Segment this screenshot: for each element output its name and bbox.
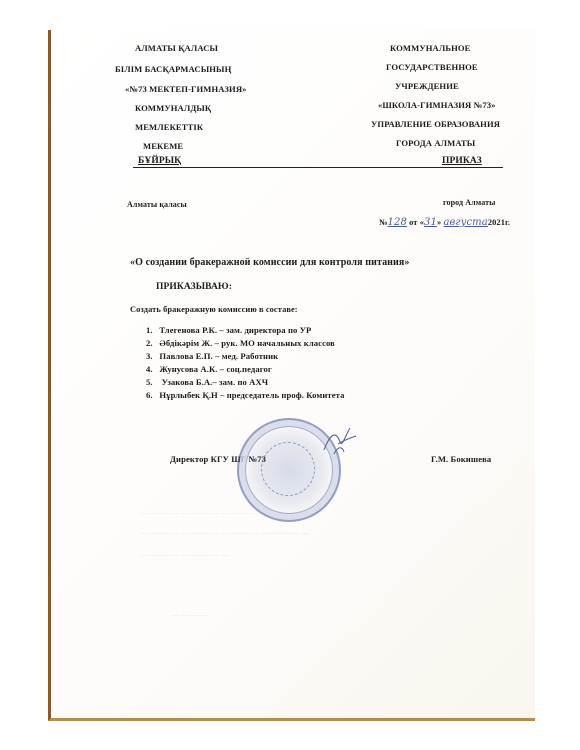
- header-right-line-6: ГОРОДА АЛМАТЫ: [396, 138, 475, 148]
- header-left-line-3: «№73 МЕКТЕП-ГИМНАЗИЯ»: [125, 84, 247, 94]
- header-right-line-5: УПРАВЛЕНИЕ ОБРАЗОВАНИЯ: [371, 119, 500, 129]
- bleed-through-text: — — — — — — — — — — — — — — — — —: [141, 528, 309, 537]
- list-item-text: Жунусова А.К. – соц.педагог: [159, 364, 272, 374]
- header-left-line-5: МЕМЛЕКЕТТІК: [135, 122, 203, 132]
- list-item: 4. Жунусова А.К. – соц.педагог: [146, 364, 272, 374]
- list-item-text: Павлова Е.П. – мед. Работник: [159, 351, 278, 361]
- signature-scribble: [320, 420, 360, 460]
- order-number-date: №128 от «31» августа2021г.: [379, 217, 510, 228]
- bleed-through-text: — — — —: [171, 610, 209, 619]
- list-item-number: 3.: [146, 351, 153, 361]
- order-number-prefix: №: [379, 218, 388, 227]
- order-date-from: от «: [409, 218, 424, 227]
- list-item: 2. Әбдікәрім Ж. – рук. МО начальных клас…: [146, 338, 335, 348]
- list-item: 3. Павлова Е.П. – мед. Работник: [146, 351, 278, 361]
- list-item-text: Узакова Б.А.– зам. по АХЧ: [159, 377, 268, 387]
- order-date-day: 31: [424, 217, 437, 228]
- header-left-line-6: МЕКЕМЕ: [143, 141, 183, 151]
- list-item: 1. Тлегенова Р.К. – зам. директора по УР: [146, 325, 311, 335]
- list-item-text: Тлегенова Р.К. – зам. директора по УР: [159, 325, 311, 335]
- list-item-number: 2.: [146, 338, 153, 348]
- signature-name: Г.М. Бокишева: [431, 454, 491, 464]
- list-item-text: Әбдікәрім Ж. – рук. МО начальных классов: [159, 338, 335, 348]
- header-right-line-3: УЧРЕЖДЕНИЕ: [395, 81, 459, 91]
- order-number-value: 128: [388, 217, 407, 228]
- header-divider-line: [133, 167, 503, 168]
- doc-type-kz: БҰЙРЫҚ: [138, 156, 181, 166]
- order-date-day-close: »: [437, 218, 441, 227]
- header-left-line-4: КОММУНАЛДЫҚ: [135, 103, 211, 113]
- list-item-text: Нұрлыбек Қ.Н – председатель проф. Комите…: [159, 390, 344, 400]
- header-left-line-2: БІЛІМ БАСҚАРМАСЫНЫҢ: [115, 64, 231, 74]
- intro-text: Создать бракеражную комиссию в составе:: [130, 305, 298, 314]
- document-title: «О создании бракеражной комиссии для кон…: [130, 257, 410, 268]
- stamp-emblem: [261, 442, 315, 496]
- order-date-year: 2021г.: [488, 218, 510, 227]
- header-left-line-1: АЛМАТЫ ҚАЛАСЫ: [135, 43, 218, 53]
- list-item-number: 1.: [146, 325, 153, 335]
- list-item: 5. Узакова Б.А.– зам. по АХЧ: [146, 377, 268, 387]
- header-right-line-1: КОММУНАЛЬНОЕ: [390, 43, 471, 53]
- bleed-through-text: — — — — — — — — —: [141, 550, 229, 559]
- place-ru: город Алматы: [443, 198, 496, 207]
- document-page: АЛМАТЫ ҚАЛАСЫ БІЛІМ БАСҚАРМАСЫНЫҢ «№73 М…: [48, 30, 535, 721]
- header-right-line-4: «ШКОЛА-ГИМНАЗИЯ №73»: [378, 100, 496, 110]
- list-item: 6. Нұрлыбек Қ.Н – председатель проф. Ком…: [146, 390, 344, 400]
- list-item-number: 6.: [146, 390, 153, 400]
- doc-type-ru: ПРИКАЗ: [442, 156, 482, 166]
- list-item-number: 4.: [146, 364, 153, 374]
- order-date-month: августа: [443, 217, 487, 228]
- order-word: ПРИКАЗЫВАЮ:: [156, 282, 232, 292]
- header-right-line-2: ГОСУДАРСТВЕННОЕ: [386, 62, 478, 72]
- bleed-through-text: — — — — — — — — — — — — —: [141, 508, 269, 517]
- place-kz: Алматы қаласы: [127, 200, 187, 209]
- list-item-number: 5.: [146, 377, 153, 387]
